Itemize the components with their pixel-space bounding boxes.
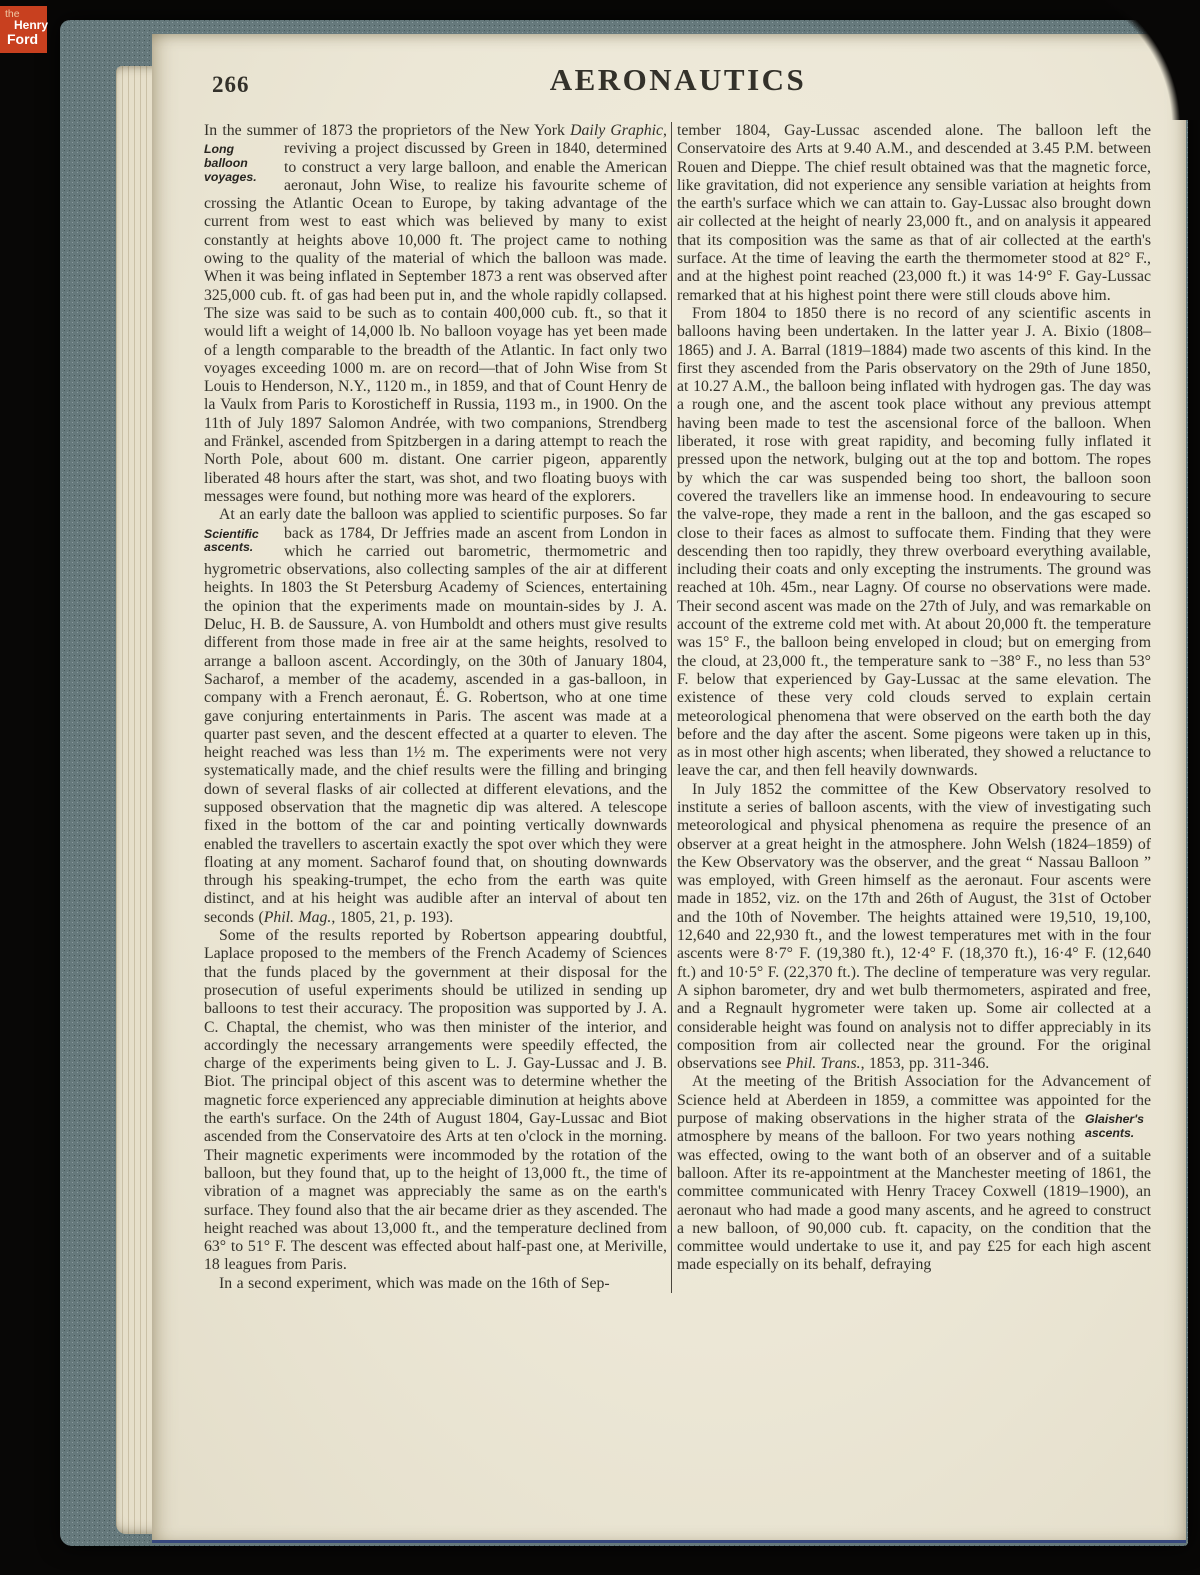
text-segment: determined to construct a very large bal… bbox=[204, 140, 667, 505]
logo-text-henry: Henry bbox=[14, 18, 48, 32]
text-segment: Daily Graphic bbox=[570, 122, 663, 139]
paragraph: At an early date the balloon was applied… bbox=[204, 506, 667, 927]
text-segment: In July 1852 the committee of the Kew Ob… bbox=[677, 781, 1151, 1072]
paragraph: From 1804 to 1850 there is no record of … bbox=[677, 305, 1151, 781]
henry-ford-logo: the Henry Ford bbox=[0, 6, 47, 53]
book-page: 266 AERONAUTICS In the summer of 1873 th… bbox=[152, 34, 1186, 1543]
text-columns: In the summer of 1873 the proprietors of… bbox=[204, 122, 1152, 1293]
page-number: 266 bbox=[212, 72, 250, 98]
text-segment: , 1853, pp. 311-346. bbox=[861, 1055, 990, 1072]
page-header: 266 AERONAUTICS bbox=[204, 60, 1152, 114]
text-segment: At the meeting of the British Associatio… bbox=[677, 1073, 1151, 1127]
logo-text-ford: Ford bbox=[7, 31, 38, 47]
margin-note: Scientific ascents. bbox=[204, 528, 274, 556]
paragraph: In July 1852 the committee of the Kew Ob… bbox=[677, 781, 1151, 1074]
text-column-left: In the summer of 1873 the proprietors of… bbox=[204, 122, 667, 1293]
page-content: 266 AERONAUTICS In the summer of 1873 th… bbox=[204, 60, 1152, 1293]
text-segment: strata of the atmosphere by means of the… bbox=[677, 1110, 1151, 1273]
text-segment: In the summer of 1873 the proprietors of… bbox=[204, 122, 570, 139]
paragraph: Some of the results reported by Robertso… bbox=[204, 927, 667, 1275]
text-segment: In a second experiment, which was made o… bbox=[219, 1275, 610, 1292]
margin-note: Glaisher's ascents. bbox=[1085, 1113, 1151, 1141]
text-segment: which he carried out barometric, thermom… bbox=[204, 543, 667, 926]
text-segment: From 1804 to 1850 there is no record of … bbox=[677, 305, 1151, 779]
margin-note: Long balloon voyages. bbox=[204, 143, 274, 184]
text-segment: tember 1804, Gay-Lussac ascended alone. … bbox=[677, 122, 1151, 304]
column-divider-rule bbox=[671, 122, 672, 1293]
page-title: AERONAUTICS bbox=[204, 60, 1152, 98]
text-segment: Some of the results reported by Robertso… bbox=[204, 927, 667, 1273]
paragraph: tember 1804, Gay-Lussac ascended alone. … bbox=[677, 122, 1151, 305]
text-column-right: tember 1804, Gay-Lussac ascended alone. … bbox=[677, 122, 1151, 1293]
paragraph: In the summer of 1873 the proprietors of… bbox=[204, 122, 667, 506]
text-segment: At an early date the balloon was applied… bbox=[219, 506, 667, 541]
paragraph: In a second experiment, which was made o… bbox=[204, 1275, 667, 1293]
text-segment: , 1805, 21, p. 193). bbox=[331, 909, 453, 926]
paragraph: At the meeting of the British Associatio… bbox=[677, 1073, 1151, 1274]
text-segment: Phil. Mag. bbox=[264, 909, 332, 926]
text-segment: Phil. Trans. bbox=[786, 1055, 861, 1072]
